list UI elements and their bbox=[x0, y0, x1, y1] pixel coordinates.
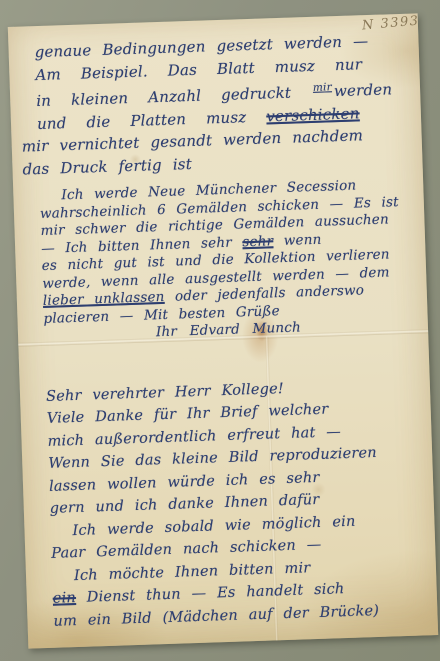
handwriting-segment: werden bbox=[334, 80, 393, 100]
letter-paper: genaue Bedingungen gesetzt werden —Am Be… bbox=[8, 13, 438, 648]
handwriting-segment: das Druck fertig ist bbox=[22, 154, 192, 178]
paragraph: genaue Bedingungen gesetzt werden —Am Be… bbox=[34, 29, 412, 180]
paragraph: Sehr verehrter Herr Kollege!Viele Danke … bbox=[46, 373, 428, 633]
paragraph: Ich werde Neue Münchener Secessionwahrsc… bbox=[39, 176, 418, 346]
handwriting-segment-underline: lieber unklassen bbox=[43, 289, 165, 309]
handwriting-segment-insert-above: mir bbox=[313, 81, 332, 94]
letter-2: Sehr verehrter Herr Kollege!Viele Danke … bbox=[46, 373, 428, 633]
handwriting-segment-strike: verschicken bbox=[266, 104, 360, 125]
handwritten-content: genaue Bedingungen gesetzt werden —Am Be… bbox=[8, 13, 438, 648]
letter-1: genaue Bedingungen gesetzt werden —Am Be… bbox=[34, 29, 418, 346]
handwriting-segment: Ihr Edvard Munch bbox=[156, 319, 301, 340]
handwriting-segment-strike: ein bbox=[53, 590, 77, 607]
handwriting-segment-strike: sehr bbox=[242, 233, 273, 250]
handwriting-segment: wenn bbox=[283, 231, 321, 248]
